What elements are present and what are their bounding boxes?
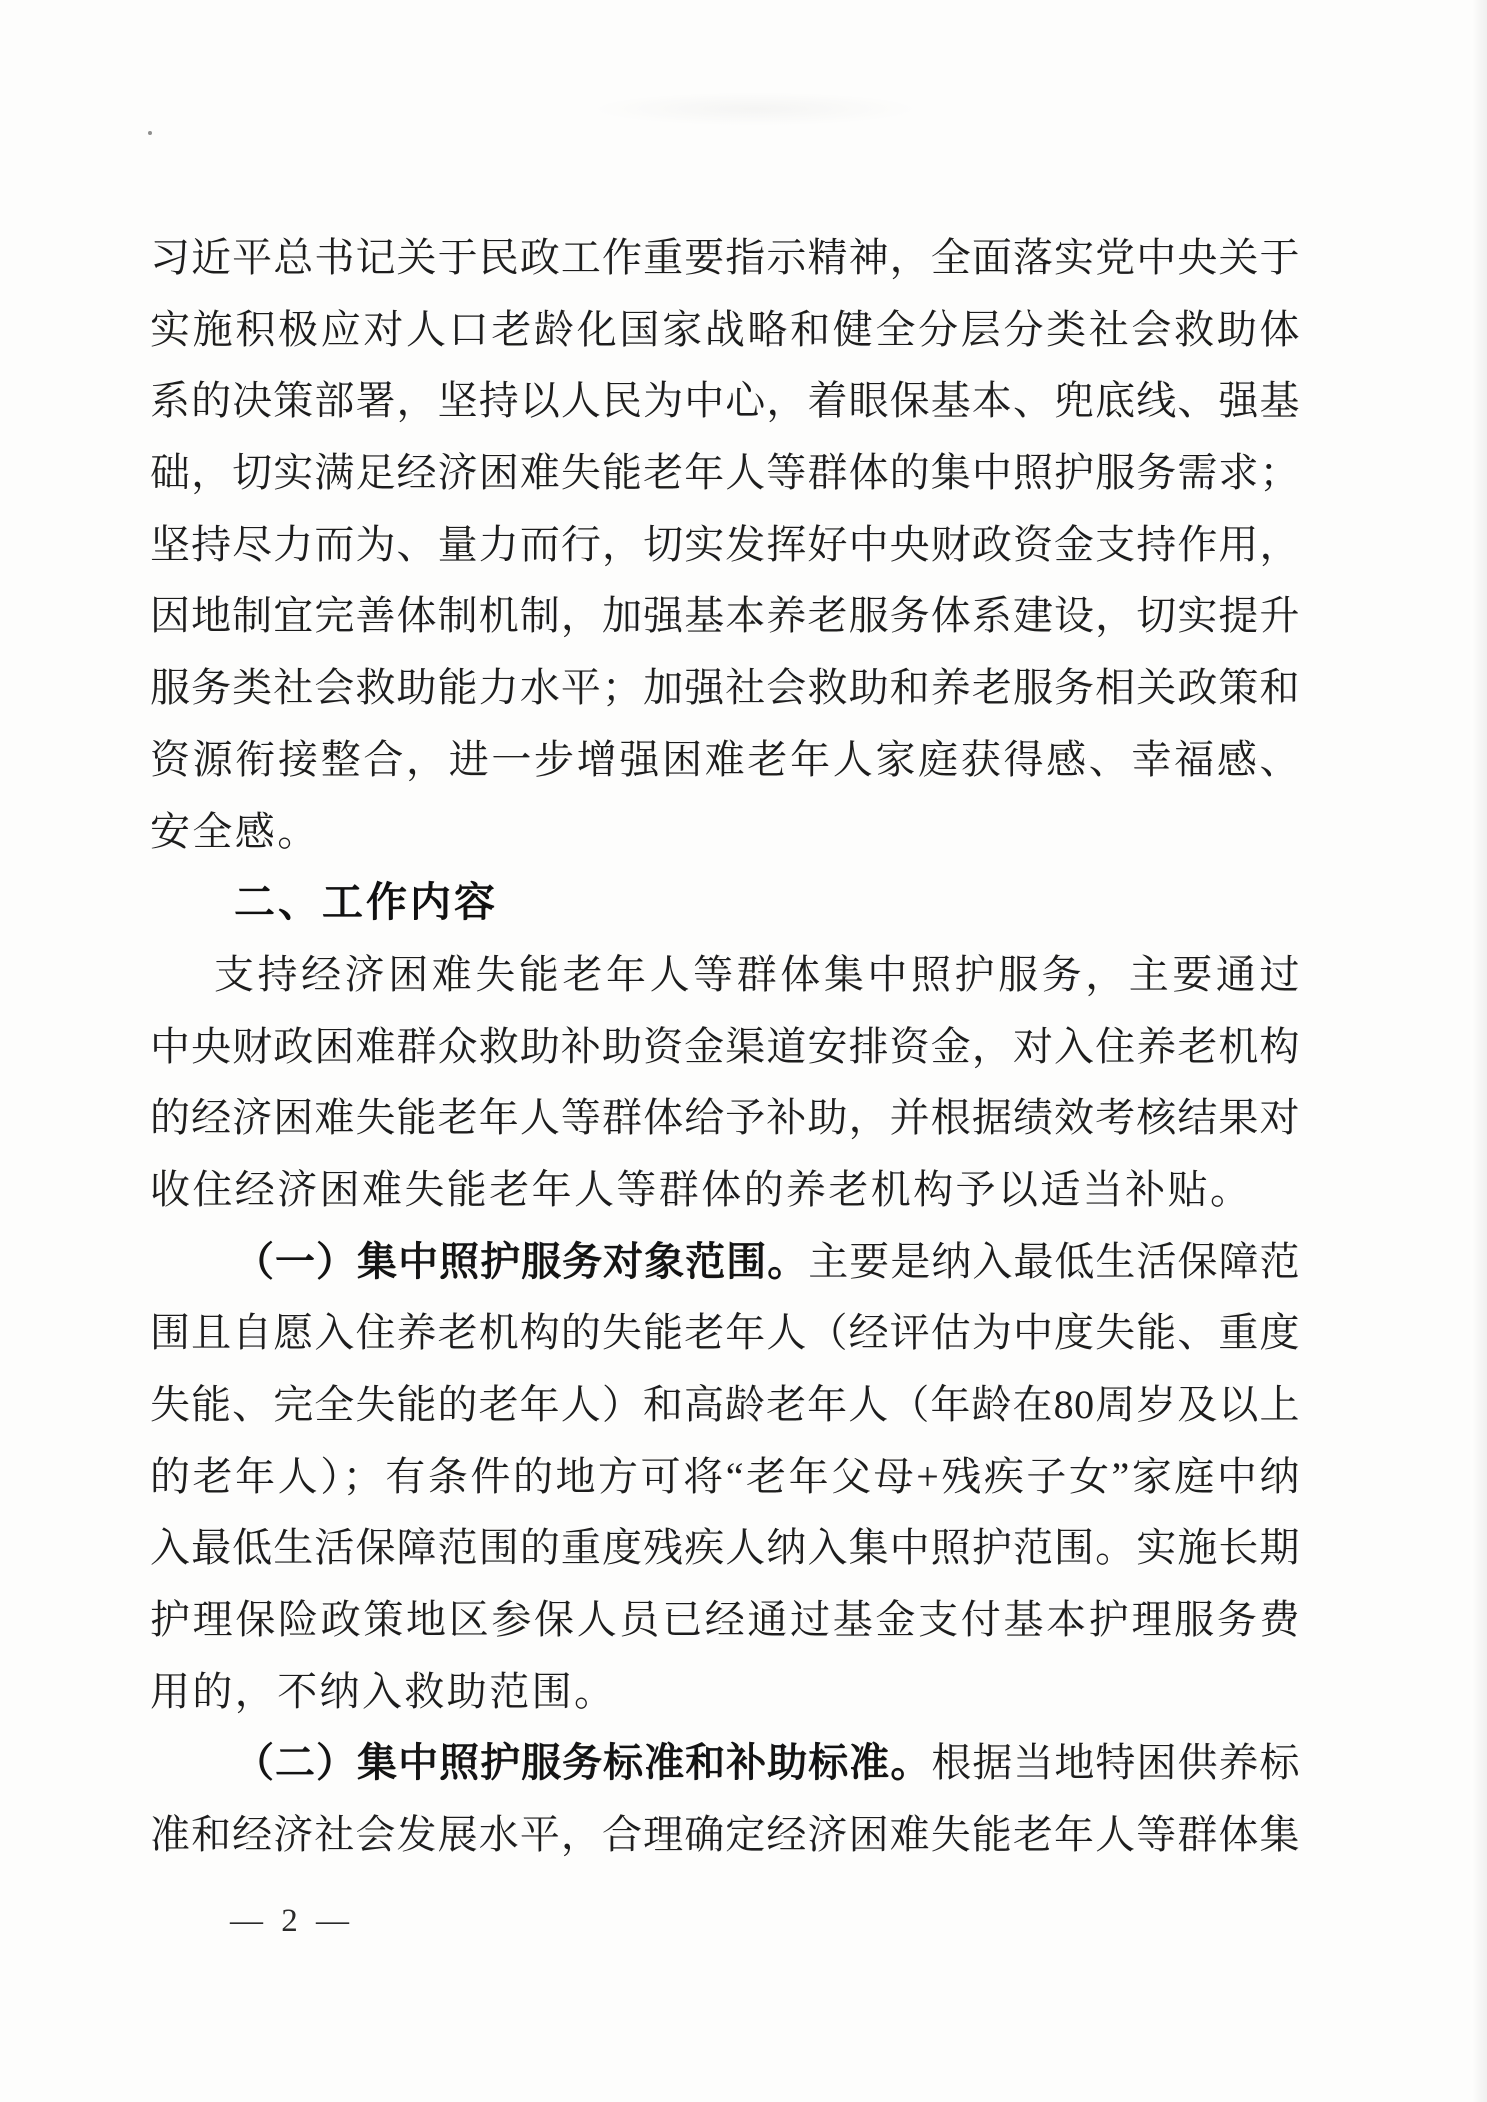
paragraph-3: （一）集中照护服务对象范围。主要是纳入最低生活保障范 围且自愿入住养老机构的失能… [150,1226,1300,1728]
document-page: 习近平总书记关于民政工作重要指示精神，全面落实党中央关于 实施积极应对人口老龄化… [0,0,1487,2102]
text-block: 习近平总书记关于民政工作重要指示精神，全面落实党中央关于 实施积极应对人口老龄化… [150,222,1300,1871]
body-line: 中央财政困难群众救助补助资金渠道安排资金，对入住养老机构 [150,1011,1300,1083]
item-2-lead-rest: 根据当地特困供养标 [931,1740,1300,1785]
body-line: 支持经济困难失能老年人等群体集中照护服务，主要通过 [150,939,1300,1011]
body-line: 因地制宜完善体制机制，加强基本养老服务体系建设，切实提升 [150,580,1300,652]
item-1-lead-bold: （一）集中照护服务对象范围。 [234,1239,808,1284]
item-2-lead-bold: （二）集中照护服务标准和补助标准。 [234,1740,931,1785]
body-line: 实施积极应对人口老龄化国家战略和健全分层分类社会救助体 [150,294,1300,366]
body-line: 护理保险政策地区参保人员已经通过基金支付基本护理服务费 [150,1584,1300,1656]
scan-smudge-artifact [590,92,920,126]
paragraph-2: 支持经济困难失能老年人等群体集中照护服务，主要通过 中央财政困难群众救助补助资金… [150,939,1300,1226]
body-line: 系的决策部署，坚持以人民为中心，着眼保基本、兜底线、强基 [150,365,1300,437]
scan-speck-artifact [148,131,152,135]
item-1-lead-rest: 主要是纳入最低生活保障范 [808,1239,1300,1284]
body-line: 用的，不纳入救助范围。 [150,1656,1300,1728]
body-line: 准和经济社会发展水平，合理确定经济困难失能老年人等群体集 [150,1799,1300,1871]
body-line: 资源衔接整合，进一步增强困难老年人家庭获得感、幸福感、 [150,724,1300,796]
body-line: 习近平总书记关于民政工作重要指示精神，全面落实党中央关于 [150,222,1300,294]
paragraph-4: （二）集中照护服务标准和补助标准。根据当地特困供养标 准和经济社会发展水平，合理… [150,1727,1300,1870]
body-line: 础，切实满足经济困难失能老年人等群体的集中照护服务需求； [150,437,1300,509]
body-line: 入最低生活保障范围的重度残疾人纳入集中照护范围。实施长期 [150,1512,1300,1584]
body-line: 的老年人）；有条件的地方可将“老年父母+残疾子女”家庭中纳 [150,1441,1300,1513]
body-line: 的经济困难失能老年人等群体给予补助，并根据绩效考核结果对 [150,1082,1300,1154]
section-heading: 二、工作内容 [150,867,1300,939]
body-line: 失能、完全失能的老年人）和高龄老年人（年龄在80周岁及以上 [150,1369,1300,1441]
body-line: 围且自愿入住养老机构的失能老年人（经评估为中度失能、重度 [150,1297,1300,1369]
body-line: 服务类社会救助能力水平；加强社会救助和养老服务相关政策和 [150,652,1300,724]
body-line: 坚持尽力而为、量力而行，切实发挥好中央财政资金支持作用， [150,509,1300,581]
page-number: — 2 — [230,1903,354,1940]
body-line-with-lead: （二）集中照护服务标准和补助标准。根据当地特困供养标 [150,1727,1300,1799]
body-line: 安全感。 [150,796,1300,868]
body-line: 收住经济困难失能老年人等群体的养老机构予以适当补贴。 [150,1154,1300,1226]
paragraph-1: 习近平总书记关于民政工作重要指示精神，全面落实党中央关于 实施积极应对人口老龄化… [150,222,1300,867]
body-line-with-lead: （一）集中照护服务对象范围。主要是纳入最低生活保障范 [150,1226,1300,1298]
scan-edge-shadow [1472,0,1487,2102]
